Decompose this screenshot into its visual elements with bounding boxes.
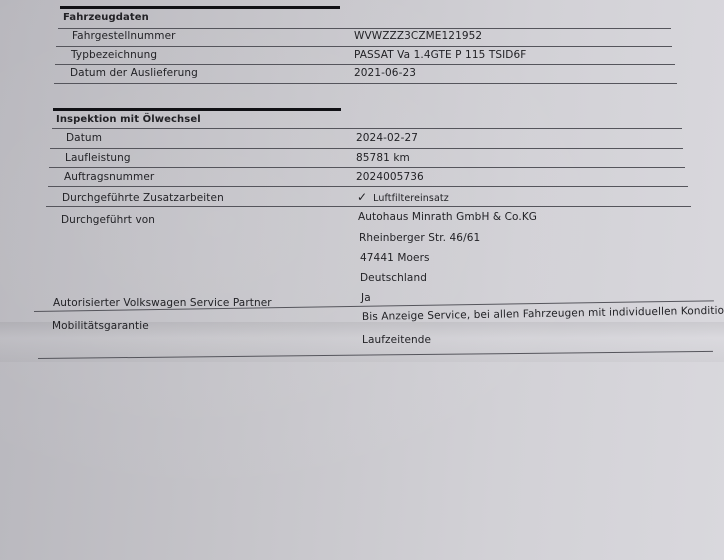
label-mobilitaetsgarantie: Mobilitätsgarantie bbox=[52, 320, 149, 333]
value-durchgefuehrt-von-line-4: Deutschland bbox=[360, 272, 427, 285]
section-divider bbox=[60, 6, 340, 9]
value-service-partner: Ja bbox=[361, 292, 371, 305]
row-divider bbox=[46, 206, 691, 207]
row-divider bbox=[58, 28, 671, 29]
value-durchgefuehrt-von-line-1: Autohaus Minrath GmbH & Co.KG bbox=[358, 211, 537, 224]
section-title-fahrzeugdaten: Fahrzeugdaten bbox=[63, 11, 149, 24]
label-datum-auslieferung: Datum der Auslieferung bbox=[70, 67, 198, 80]
value-typbezeichnung: PASSAT Va 1.4GTE P 115 TSID6F bbox=[354, 49, 526, 62]
row-divider bbox=[52, 128, 682, 129]
paper-document: Fahrzeugdaten Fahrgestellnummer WVWZZZ3C… bbox=[0, 0, 724, 560]
zusatzarbeiten-text: Luftfiltereinsatz bbox=[373, 193, 449, 204]
label-laufleistung: Laufleistung bbox=[65, 152, 131, 165]
value-mobilitaetsgarantie-line-1: Bis Anzeige Service, bei allen Fahrzeuge… bbox=[362, 304, 724, 324]
label-fahrgestellnummer: Fahrgestellnummer bbox=[72, 30, 176, 43]
section-divider bbox=[53, 108, 341, 111]
label-zusatzarbeiten: Durchgeführte Zusatzarbeiten bbox=[62, 192, 224, 205]
row-divider bbox=[50, 148, 683, 149]
section-title-inspektion: Inspektion mit Ölwechsel bbox=[56, 113, 201, 126]
row-divider bbox=[55, 64, 675, 65]
value-zusatzarbeiten: ✓Luftfiltereinsatz bbox=[357, 191, 449, 205]
value-durchgefuehrt-von-line-3: 47441 Moers bbox=[360, 252, 430, 265]
value-datum-auslieferung: 2021-06-23 bbox=[354, 67, 416, 80]
value-durchgefuehrt-von-line-2: Rheinberger Str. 46/61 bbox=[359, 232, 480, 245]
row-divider bbox=[54, 83, 677, 84]
value-datum: 2024-02-27 bbox=[356, 132, 418, 145]
checkmark-icon: ✓ bbox=[357, 190, 367, 204]
label-auftragsnummer: Auftragsnummer bbox=[64, 171, 154, 184]
label-durchgefuehrt-von: Durchgeführt von bbox=[61, 214, 155, 227]
value-laufleistung: 85781 km bbox=[356, 152, 410, 165]
label-typbezeichnung: Typbezeichnung bbox=[71, 49, 157, 62]
value-auftragsnummer: 2024005736 bbox=[356, 171, 424, 184]
label-datum: Datum bbox=[66, 132, 102, 145]
row-divider bbox=[48, 186, 688, 187]
row-divider bbox=[56, 46, 672, 47]
row-divider bbox=[49, 167, 685, 168]
value-fahrgestellnummer: WVWZZZ3CZME121952 bbox=[354, 30, 482, 43]
value-mobilitaetsgarantie-line-2: Laufzeitende bbox=[362, 334, 431, 347]
